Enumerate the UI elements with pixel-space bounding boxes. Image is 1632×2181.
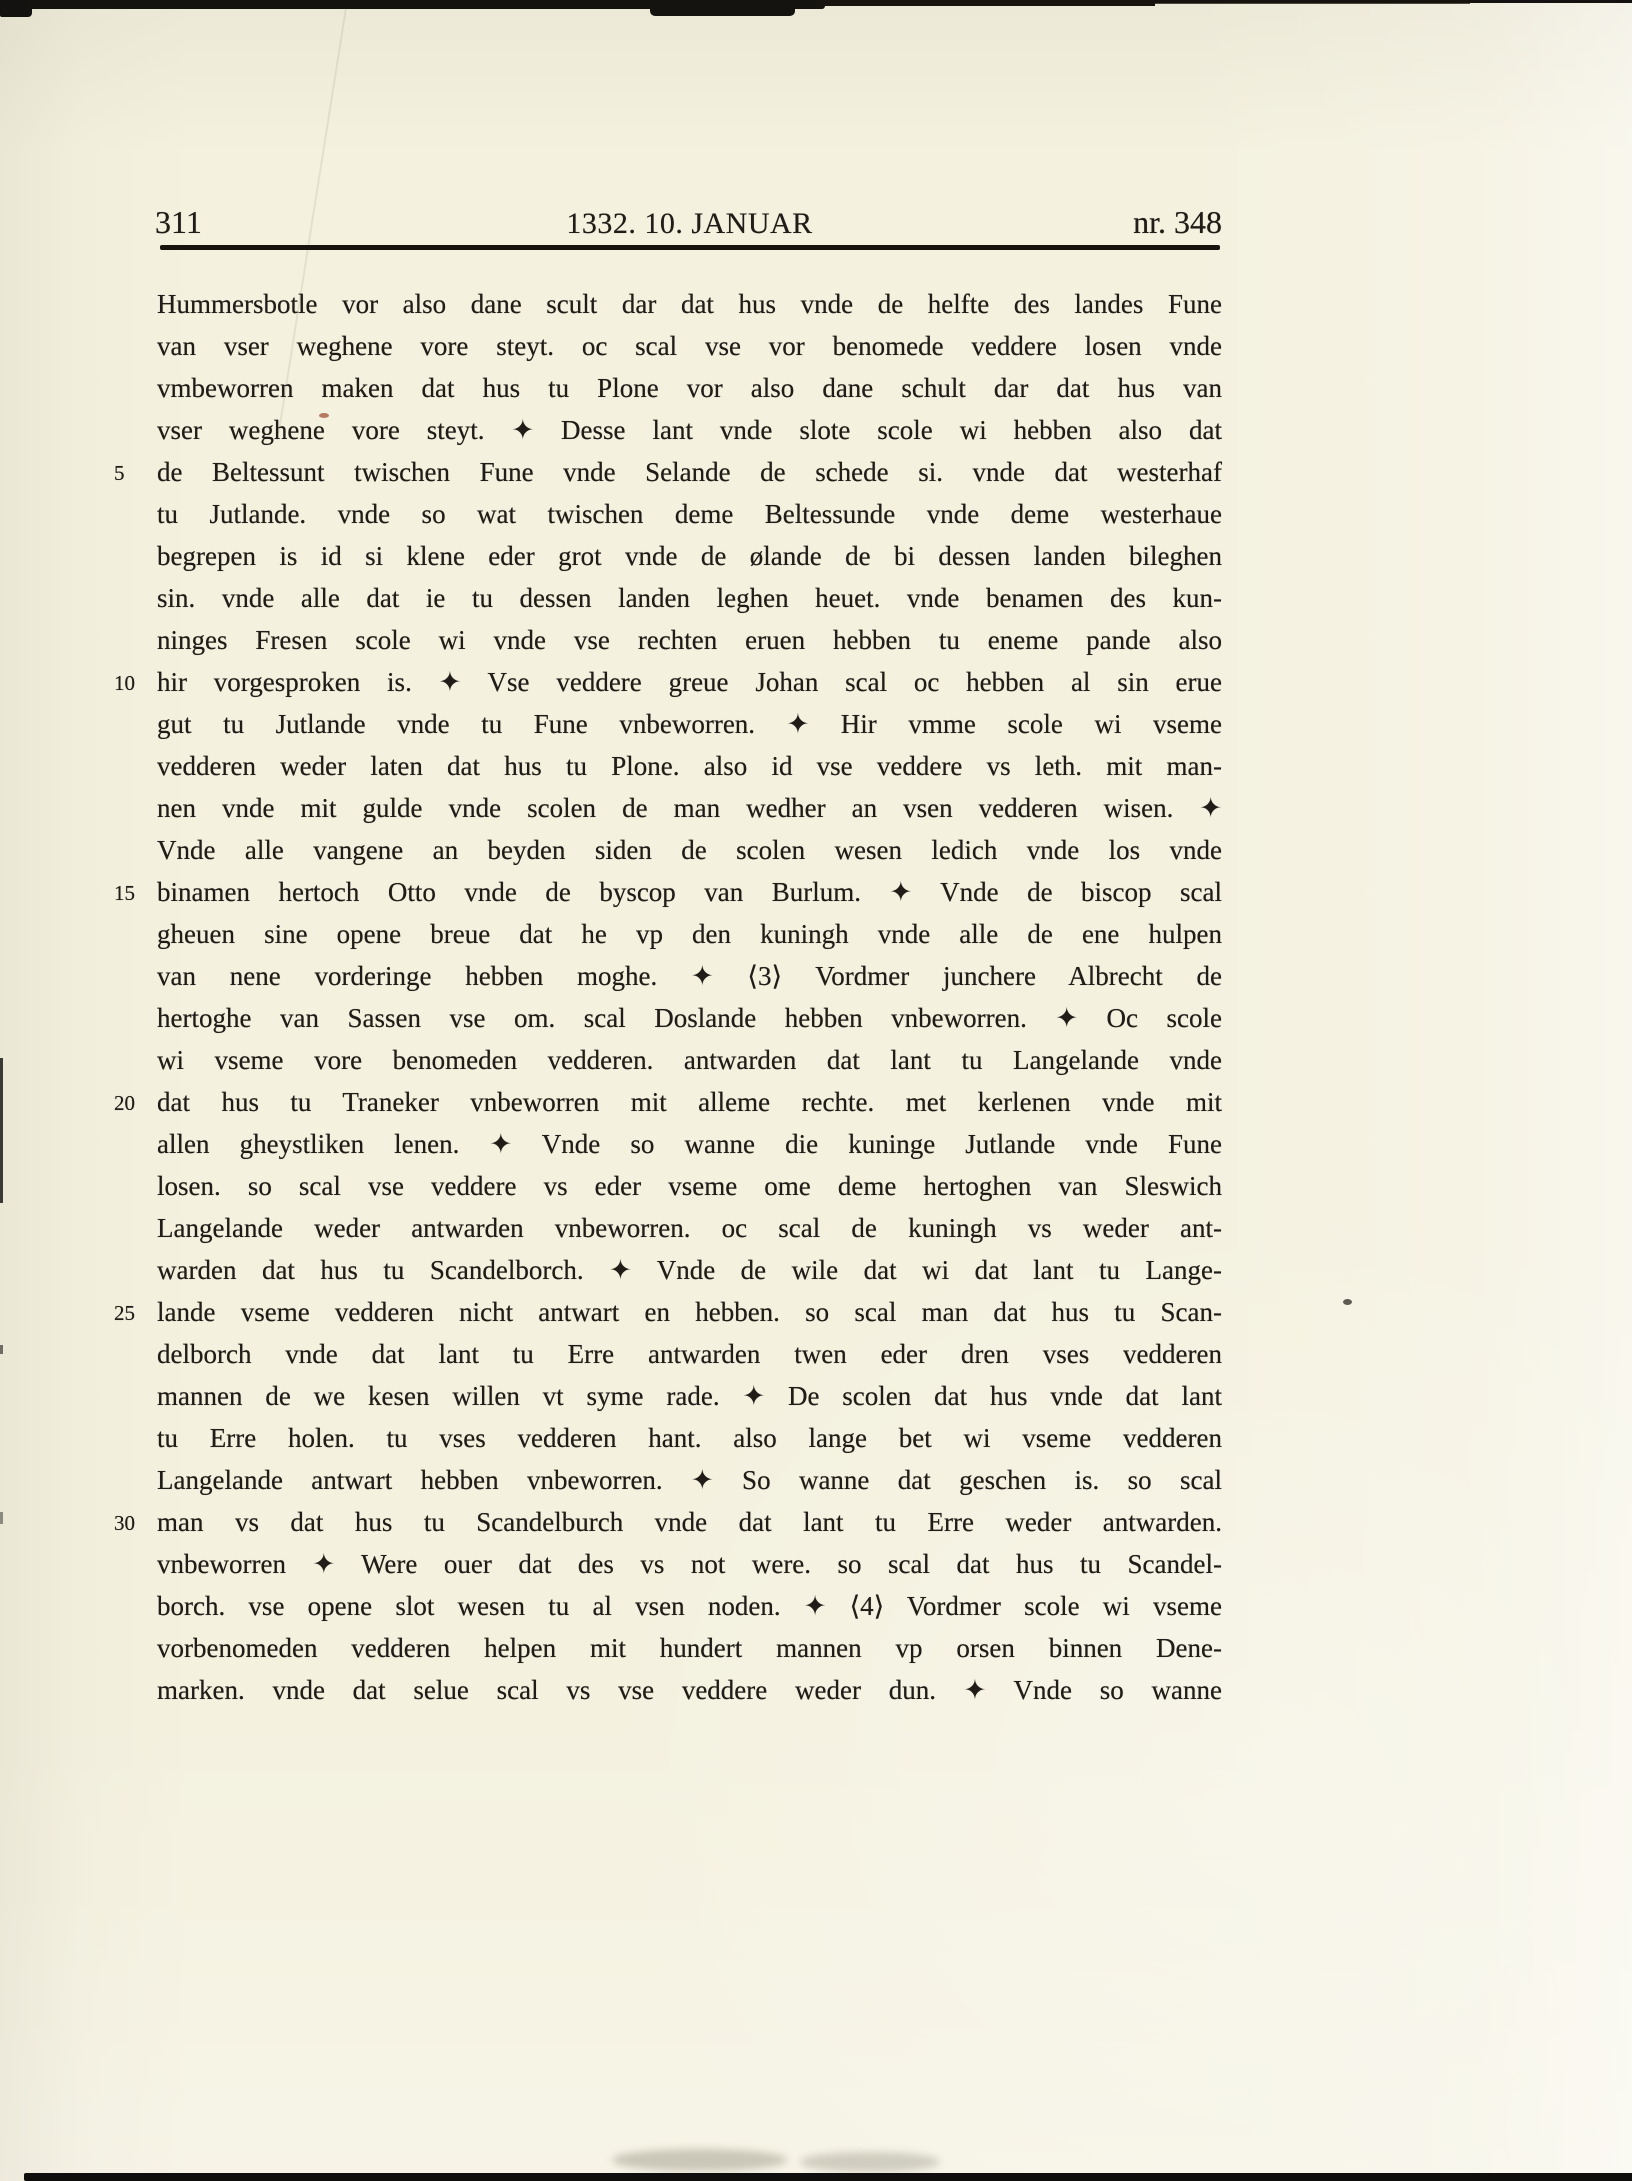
- margin-line-number: [112, 283, 157, 325]
- line-text: Langelande weder antwarden vnbeworren. o…: [157, 1207, 1222, 1249]
- text-line: 30 man vs dat hus tu Scandelburch vnde d…: [112, 1501, 1222, 1543]
- line-text: hir vorgesproken is. ✦ Vse veddere greue…: [157, 661, 1222, 703]
- margin-line-number: [112, 1207, 157, 1249]
- line-text: dat hus tu Traneker vnbeworren mit allem…: [157, 1081, 1222, 1123]
- line-text: man vs dat hus tu Scandelburch vnde dat …: [157, 1501, 1222, 1543]
- line-text: van vser weghene vore steyt. oc scal vse…: [157, 325, 1222, 367]
- line-text: mannen de we kesen willen vt syme rade. …: [157, 1375, 1222, 1417]
- margin-line-number: [112, 1123, 157, 1165]
- line-text: vnbeworren ✦ Were ouer dat des vs not we…: [157, 1543, 1222, 1585]
- scan-artifact-left-edge-speck: [0, 1345, 3, 1354]
- text-line: Langelande antwart hebben vnbeworren. ✦ …: [112, 1459, 1222, 1501]
- text-line: borch. vse opene slot wesen tu al vsen n…: [112, 1585, 1222, 1627]
- text-line: marken. vnde dat selue scal vs vse vedde…: [112, 1669, 1222, 1711]
- line-text: de Beltessunt twischen Fune vnde Selande…: [157, 451, 1222, 493]
- line-text: van nene vorderinge hebben moghe. ✦ ⟨3⟩ …: [157, 955, 1222, 997]
- line-text: allen gheystliken lenen. ✦ Vnde so wanne…: [157, 1123, 1222, 1165]
- text-line: gut tu Jutlande vnde tu Fune vnbeworren.…: [112, 703, 1222, 745]
- scan-artifact-left-edge-speck: [0, 1512, 3, 1524]
- scan-artifact-margin-speck: [1343, 1299, 1352, 1305]
- scan-artifact-top-edge-segment: [25, 0, 825, 9]
- margin-line-number: [112, 1417, 157, 1459]
- text-line: Hummersbotle vor also dane scult dar dat…: [112, 283, 1222, 325]
- text-line: ninges Fresen scole wi vnde vse rechten …: [112, 619, 1222, 661]
- margin-line-number: [112, 997, 157, 1039]
- line-text: wi vseme vore benomeden vedderen. antwar…: [157, 1039, 1222, 1081]
- header-rule: [160, 245, 1220, 250]
- text-line: losen. so scal vse veddere vs eder vseme…: [112, 1165, 1222, 1207]
- line-text: sin. vnde alle dat ie tu dessen landen l…: [157, 577, 1222, 619]
- margin-line-number: [112, 1669, 157, 1711]
- line-text: begrepen is id si klene eder grot vnde d…: [157, 535, 1222, 577]
- margin-line-number: 25: [112, 1291, 157, 1333]
- line-text: gheuen sine opene breue dat he vp den ku…: [157, 913, 1222, 955]
- text-line: begrepen is id si klene eder grot vnde d…: [112, 535, 1222, 577]
- text-line: vmbeworren maken dat hus tu Plone vor al…: [112, 367, 1222, 409]
- text-line: gheuen sine opene breue dat he vp den ku…: [112, 913, 1222, 955]
- text-line: 25 lande vseme vedderen nicht antwart en…: [112, 1291, 1222, 1333]
- margin-line-number: [112, 367, 157, 409]
- margin-line-number: [112, 787, 157, 829]
- line-text: marken. vnde dat selue scal vs vse vedde…: [157, 1669, 1222, 1711]
- scan-artifact-bottom-smudge: [612, 2149, 787, 2171]
- text-line: nen vnde mit gulde vnde scolen de man we…: [112, 787, 1222, 829]
- line-text: ninges Fresen scole wi vnde vse rechten …: [157, 619, 1222, 661]
- margin-line-number: [112, 955, 157, 997]
- line-text: tu Erre holen. tu vses vedderen hant. al…: [157, 1417, 1222, 1459]
- text-line: wi vseme vore benomeden vedderen. antwar…: [112, 1039, 1222, 1081]
- margin-line-number: 20: [112, 1081, 157, 1123]
- text-line: vnbeworren ✦ Were ouer dat des vs not we…: [112, 1543, 1222, 1585]
- margin-line-number: [112, 829, 157, 871]
- margin-line-number: [112, 703, 157, 745]
- text-line: tu Jutlande. vnde so wat twischen deme B…: [112, 493, 1222, 535]
- text-line: sin. vnde alle dat ie tu dessen landen l…: [112, 577, 1222, 619]
- text-line: allen gheystliken lenen. ✦ Vnde so wanne…: [112, 1123, 1222, 1165]
- margin-line-number: [112, 1627, 157, 1669]
- margin-line-number: 15: [112, 871, 157, 913]
- scan-artifact-bottom-smudge: [800, 2152, 940, 2172]
- margin-line-number: [112, 409, 157, 451]
- line-text: Hummersbotle vor also dane scult dar dat…: [157, 283, 1222, 325]
- line-text: gut tu Jutlande vnde tu Fune vnbeworren.…: [157, 703, 1222, 745]
- margin-line-number: [112, 619, 157, 661]
- margin-line-number: 10: [112, 661, 157, 703]
- text-line: 10 hir vorgesproken is. ✦ Vse veddere gr…: [112, 661, 1222, 703]
- text-line: vorbenomeden vedderen helpen mit hundert…: [112, 1627, 1222, 1669]
- line-text: lande vseme vedderen nicht antwart en he…: [157, 1291, 1222, 1333]
- line-text: tu Jutlande. vnde so wat twischen deme B…: [157, 493, 1222, 535]
- line-text: vedderen weder laten dat hus tu Plone. a…: [157, 745, 1222, 787]
- line-text: losen. so scal vse veddere vs eder vseme…: [157, 1165, 1222, 1207]
- text-line: Vnde alle vangene an beyden siden de sco…: [112, 829, 1222, 871]
- text-line: 5 de Beltessunt twischen Fune vnde Selan…: [112, 451, 1222, 493]
- scan-artifact-top-edge-line: [0, 0, 1632, 3]
- document-number: nr. 348: [1133, 204, 1222, 241]
- margin-line-number: [112, 1585, 157, 1627]
- line-text: warden dat hus tu Scandelborch. ✦ Vnde d…: [157, 1249, 1222, 1291]
- margin-line-number: [112, 1375, 157, 1417]
- margin-line-number: 5: [112, 451, 157, 493]
- text-line: 20 dat hus tu Traneker vnbeworren mit al…: [112, 1081, 1222, 1123]
- margin-line-number: [112, 1039, 157, 1081]
- scan-artifact-bottom-edge-bar: [24, 2173, 1632, 2181]
- margin-line-number: 30: [112, 1501, 157, 1543]
- text-line: van nene vorderinge hebben moghe. ✦ ⟨3⟩ …: [112, 955, 1222, 997]
- line-text: borch. vse opene slot wesen tu al vsen n…: [157, 1585, 1222, 1627]
- margin-line-number: [112, 1165, 157, 1207]
- margin-line-number: [112, 325, 157, 367]
- margin-line-number: [112, 1543, 157, 1585]
- text-block: Hummersbotle vor also dane scult dar dat…: [112, 283, 1222, 1711]
- line-text: vmbeworren maken dat hus tu Plone vor al…: [157, 367, 1222, 409]
- line-text: vser weghene vore steyt. ✦ Desse lant vn…: [157, 409, 1222, 451]
- text-line: vser weghene vore steyt. ✦ Desse lant vn…: [112, 409, 1222, 451]
- text-line: Langelande weder antwarden vnbeworren. o…: [112, 1207, 1222, 1249]
- text-line: 15 binamen hertoch Otto vnde de byscop v…: [112, 871, 1222, 913]
- margin-line-number: [112, 1459, 157, 1501]
- line-text: delborch vnde dat lant tu Erre antwarden…: [157, 1333, 1222, 1375]
- margin-line-number: [112, 577, 157, 619]
- margin-line-number: [112, 493, 157, 535]
- text-line: van vser weghene vore steyt. oc scal vse…: [112, 325, 1222, 367]
- text-line: warden dat hus tu Scandelborch. ✦ Vnde d…: [112, 1249, 1222, 1291]
- scan-artifact-top-edge-segment: [1150, 0, 1470, 4]
- line-text: hertoghe van Sassen vse om. scal Dosland…: [157, 997, 1222, 1039]
- line-text: Langelande antwart hebben vnbeworren. ✦ …: [157, 1459, 1222, 1501]
- line-text: nen vnde mit gulde vnde scolen de man we…: [157, 787, 1222, 829]
- running-head: 1332. 10. JANUAR: [157, 207, 1222, 241]
- margin-line-number: [112, 745, 157, 787]
- scan-artifact-left-edge-line: [0, 1058, 3, 1203]
- margin-line-number: [112, 1249, 157, 1291]
- text-line: tu Erre holen. tu vses vedderen hant. al…: [112, 1417, 1222, 1459]
- margin-line-number: [112, 1333, 157, 1375]
- text-line: delborch vnde dat lant tu Erre antwarden…: [112, 1333, 1222, 1375]
- text-line: mannen de we kesen willen vt syme rade. …: [112, 1375, 1222, 1417]
- text-line: hertoghe van Sassen vse om. scal Dosland…: [112, 997, 1222, 1039]
- margin-line-number: [112, 913, 157, 955]
- scan-artifact-top-left-corner: [0, 0, 32, 17]
- line-text: Vnde alle vangene an beyden siden de sco…: [157, 829, 1222, 871]
- line-text: binamen hertoch Otto vnde de byscop van …: [157, 871, 1222, 913]
- scan-artifact-top-edge-segment: [650, 0, 795, 16]
- margin-line-number: [112, 535, 157, 577]
- line-text: vorbenomeden vedderen helpen mit hundert…: [157, 1627, 1222, 1669]
- scan-artifact-top-edge-segment: [820, 0, 1155, 6]
- text-line: vedderen weder laten dat hus tu Plone. a…: [112, 745, 1222, 787]
